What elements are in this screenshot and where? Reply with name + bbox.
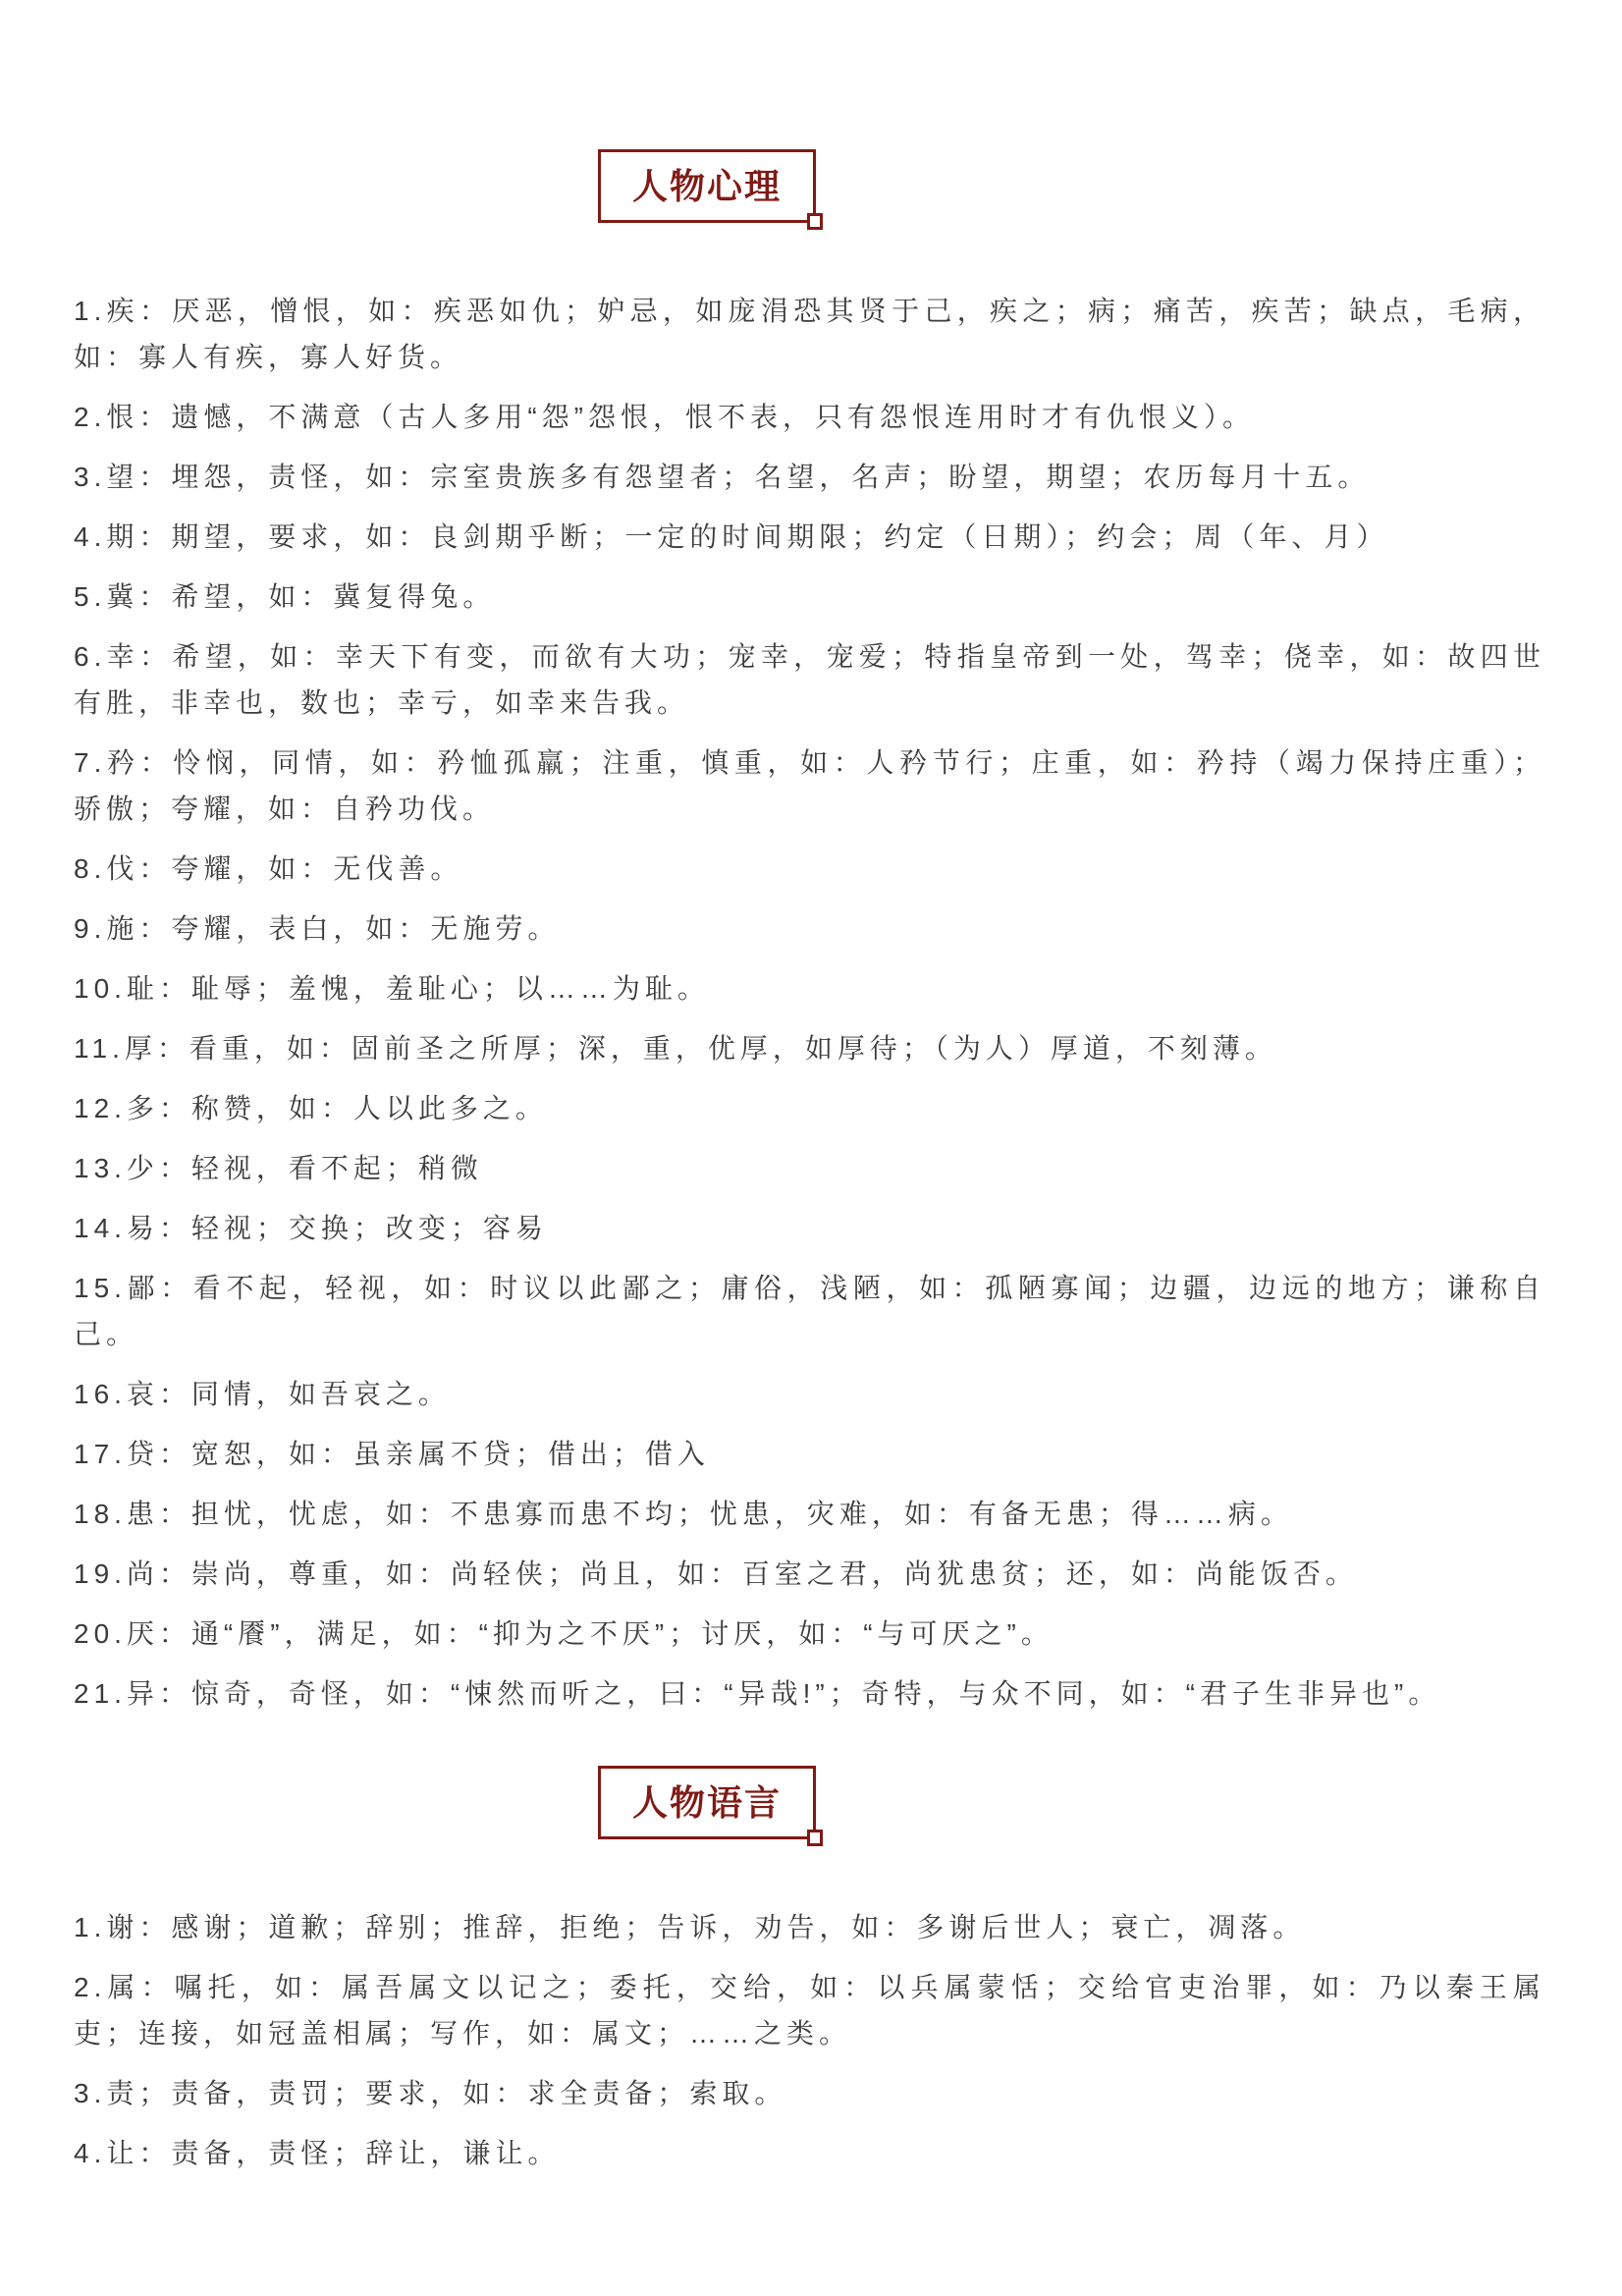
section-title-psychology: 人物心理 bbox=[632, 167, 782, 205]
entry-paragraph: 2.恨：遗憾，不满意（古人多用“怨”怨恨，恨不表，只有怨恨连用时才有仇恨义）。 bbox=[74, 394, 1545, 440]
entry-paragraph: 19.尚：崇尚，尊重，如：尚轻侠；尚且，如：百室之君，尚犹患贫；还，如：尚能饭否… bbox=[74, 1551, 1545, 1597]
entry-list-psychology: 1.疾：厌恶，憎恨，如：疾恶如仇；妒忌，如庞涓恐其贤于己，疾之；病；痛苦，疾苦；… bbox=[74, 288, 1545, 1717]
entry-paragraph: 15.鄙：看不起，轻视，如：时议以此鄙之；庸俗，浅陋，如：孤陋寡闻；边疆，边远的… bbox=[74, 1265, 1545, 1357]
entry-paragraph: 3.望：埋怨，责怪，如：宗室贵族多有怨望者；名望，名声；盼望，期望；农历每月十五… bbox=[74, 454, 1545, 500]
entry-paragraph: 5.冀：希望，如：冀复得兔。 bbox=[74, 574, 1545, 620]
entry-paragraph: 8.伐：夸耀，如：无伐善。 bbox=[74, 846, 1545, 892]
entry-paragraph: 2.属：嘱托，如：属吾属文以记之；委托，交给，如：以兵属蒙恬；交给官吏治罪，如：… bbox=[74, 1964, 1545, 2056]
entry-paragraph: 10.耻：耻辱；羞愧，羞耻心；以……为耻。 bbox=[74, 965, 1545, 1011]
entry-paragraph: 21.异：惊奇，奇怪，如：“悚然而听之，曰：“异哉!”；奇特，与众不同，如：“君… bbox=[74, 1670, 1545, 1717]
section-heading-row-psychology: 人物心理 bbox=[598, 149, 1545, 223]
entry-paragraph: 1.疾：厌恶，憎恨，如：疾恶如仇；妒忌，如庞涓恐其贤于己，疾之；病；痛苦，疾苦；… bbox=[74, 288, 1545, 380]
entry-paragraph: 18.患：担忧，忧虑，如：不患寡而患不均；忧患，灾难，如：有备无患；得……病。 bbox=[74, 1491, 1545, 1537]
document: 人物心理 1.疾：厌恶，憎恨，如：疾恶如仇；妒忌，如庞涓恐其贤于己，疾之；病；痛… bbox=[0, 0, 1622, 2176]
section-title-language: 人物语言 bbox=[632, 1783, 782, 1822]
entry-list-language: 1.谢：感谢；道歉；辞别；推辞，拒绝；告诉，劝告，如：多谢后世人；衰亡，凋落。2… bbox=[74, 1904, 1545, 2176]
corner-square-icon bbox=[807, 1830, 823, 1846]
entry-paragraph: 3.责；责备，责罚；要求，如：求全责备；索取。 bbox=[74, 2070, 1545, 2116]
entry-paragraph: 11.厚：看重，如：固前圣之所厚；深，重，优厚，如厚待；（为人）厚道，不刻薄。 bbox=[74, 1025, 1545, 1071]
section-title-badge: 人物语言 bbox=[598, 1766, 816, 1839]
corner-square-icon bbox=[807, 213, 823, 230]
document-page: { "colors": { "accent": "#801a15", "body… bbox=[0, 0, 1622, 2296]
entry-paragraph: 7.矜：怜悯，同情，如：矜恤孤羸；注重，慎重，如：人矜节行；庄重，如：矜持（竭力… bbox=[74, 739, 1545, 832]
entry-paragraph: 1.谢：感谢；道歉；辞别；推辞，拒绝；告诉，劝告，如：多谢后世人；衰亡，凋落。 bbox=[74, 1904, 1545, 1950]
entry-paragraph: 6.幸：希望，如：幸天下有变，而欲有大功；宠幸，宠爱；特指皇帝到一处，驾幸；侥幸… bbox=[74, 633, 1545, 726]
entry-paragraph: 13.少：轻视，看不起；稍微 bbox=[74, 1145, 1545, 1191]
entry-paragraph: 17.贷：宽恕，如：虽亲属不贷；借出；借入 bbox=[74, 1431, 1545, 1477]
entry-paragraph: 20.厌：通“餍”，满足，如：“抑为之不厌”；讨厌，如：“与可厌之”。 bbox=[74, 1611, 1545, 1657]
section-title-badge: 人物心理 bbox=[598, 149, 816, 223]
entry-paragraph: 4.期：期望，要求，如：良剑期乎断；一定的时间期限；约定（日期）；约会；周（年、… bbox=[74, 514, 1545, 560]
entry-paragraph: 12.多：称赞，如：人以此多之。 bbox=[74, 1085, 1545, 1131]
entry-paragraph: 9.施：夸耀，表白，如：无施劳。 bbox=[74, 905, 1545, 952]
entry-paragraph: 16.哀：同情，如吾哀之。 bbox=[74, 1371, 1545, 1417]
section-heading-row-language: 人物语言 bbox=[598, 1766, 1545, 1839]
entry-paragraph: 4.让：责备，责怪；辞让，谦让。 bbox=[74, 2130, 1545, 2176]
entry-paragraph: 14.易：轻视；交换；改变；容易 bbox=[74, 1205, 1545, 1251]
